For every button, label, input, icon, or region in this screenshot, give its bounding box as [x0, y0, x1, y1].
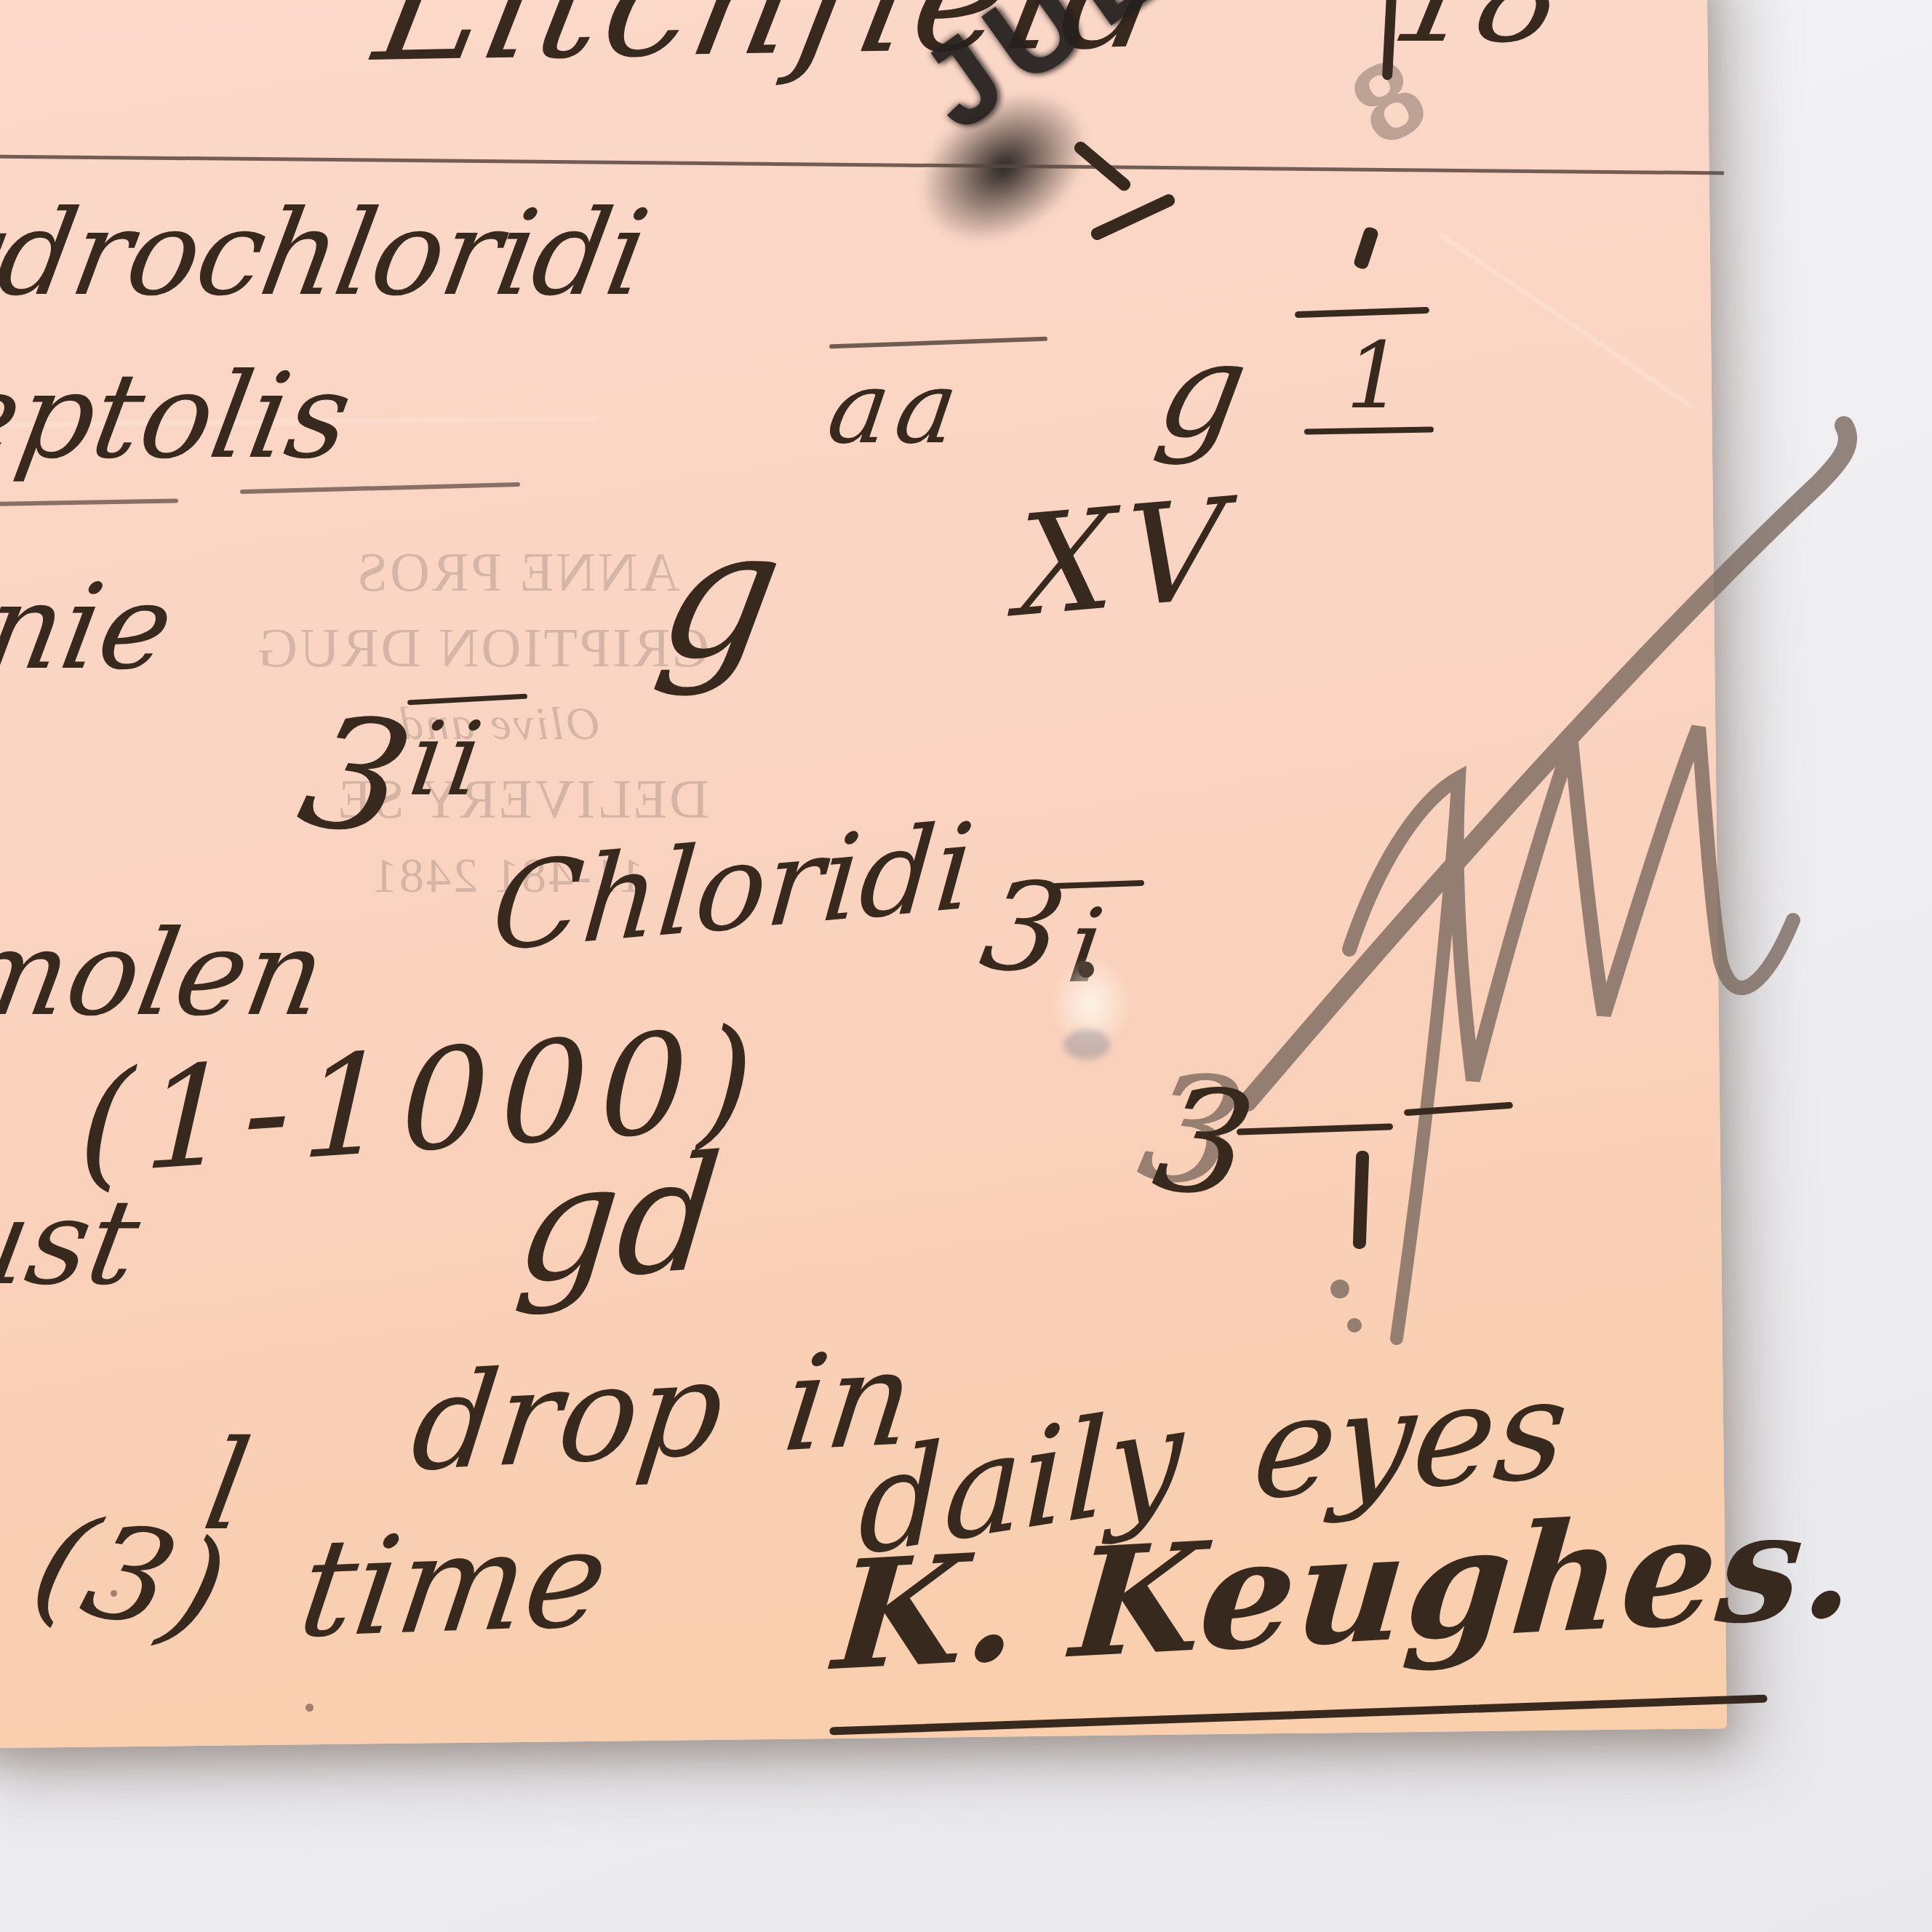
rx-line5-fragment: molen — [0, 915, 333, 1033]
rx-line7-word: gd — [511, 1134, 727, 1306]
rx-line8-text: drop in — [406, 1333, 920, 1490]
rx-line4-qty: ii — [404, 709, 492, 811]
pencil-scrawl — [1164, 400, 1891, 1462]
rx-line2-ana-symbol: aa — [823, 358, 971, 458]
paper-speck — [306, 1704, 314, 1712]
rx-line2-drug-fragment: eptolis — [0, 358, 359, 476]
rx-line3-drug-fragment: inie — [0, 569, 181, 687]
rx-line9-count: (3) — [20, 1497, 239, 1656]
photo: { "photo": { "background": "#f0f0f3", "p… — [0, 0, 1932, 1932]
header-year-fragment: 18 — [1384, 0, 1578, 62]
rx-line1-drug-fragment: ydrochloridi — [0, 195, 655, 313]
ink-blot-speck — [1078, 962, 1094, 978]
rx-line7-fragment: ust — [0, 1184, 148, 1302]
rx-line9-text: time — [292, 1511, 615, 1657]
paper-speck — [111, 1590, 117, 1597]
ink-blot-smudge — [1063, 1029, 1110, 1060]
paper-crease-diagonal — [1439, 233, 1692, 407]
